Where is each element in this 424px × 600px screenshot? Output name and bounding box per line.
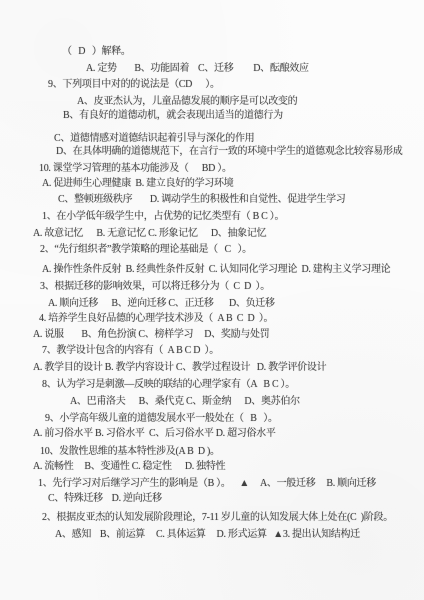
text-line: A、皮亚杰认为，儿童品德发展的顺序是可以改变的 [77,96,297,108]
text-line: A. 流畅性 B、变通性 C. 稳定性 D. 独特性 [33,461,225,473]
text-line: A. 教学目的设计 B. 教学内容设计 C、教学过程设计 D. 教学评价设计 [33,362,326,374]
text-line: B、有良好的道德动机，就会表现出适当的道德行为 [63,110,283,122]
text-line: C、道德情感对道德结识起着引导与深化的作用 [54,133,254,145]
text-line: A. 故意记忆 B. 无意记忆 C. 形象记忆 D、抽象记忆 [33,228,266,240]
text-line: A、巴甫洛夫 B、桑代克 C、斯金纳 D、奥苏伯尔 [70,396,300,408]
text-line: A. 顺向迁移 B、逆向迁移 C、正迁移 D、负迁移 [48,298,275,310]
text-line: C、特殊迁移 D. 逆向迁移 [48,493,162,505]
text-line: 2、“先行组织者”教学策略的理论基础是（ C ）。 [40,244,252,256]
text-line: 9、下列项目中对的的说法是（CD ）。 [48,79,220,91]
text-line: A. 操作性条件反射 B. 经典性条件反射 C. 认知同化学习理论 D. 建构主… [42,264,390,276]
text-line: （ D ）解释。 [62,46,131,58]
text-line: 7、教学设计包含的内容有（ A B C D ）。 [42,345,219,357]
text-line: 3、根据迁移的影响效果，可以将迁移分为（ C D ）。 [40,281,270,293]
text-line: 9、小学高年级儿童的道德发展水平一般处在（ B ）。 [45,413,278,425]
text-line: 4. 培养学生良好品德的心理学技术涉及（ A B C D ）。 [39,313,273,325]
text-line: C、整顿班级秩序 D. 调动学生的积极性和自觉性、促进学生学习 [58,194,346,206]
text-line: A. 定势 B、功能固着 C、迁移 D、酝酿效应 [86,63,309,75]
text-line: 2、根据皮亚杰的认知发展阶段理论，7-11 岁儿童的认知发展大体上处在(C )阶… [42,512,393,524]
text-line: 10、发散性思维的基本特性涉及(A B D )。 [40,446,220,458]
text-line: D、在具体明确的道德规范下，在言行一致的环境中学生的道德观念比较容易形成 [56,146,402,158]
text-line: 10. 课堂学习管理的基本功能涉及（ BD ）。 [39,163,232,175]
text-line: A. 前习俗水平 B. 习俗水平 C、后习俗水平 D. 超习俗水平 [33,428,276,440]
text-line: A、感知 B、前运算 C. 具体运算 D. 形式运算 ▲3. 提出认知结构迁 [55,529,360,541]
text-line: 8、认为学习是刺激—反映的联结的心理学家有（A B C ）。 [42,379,295,391]
text-line: A. 说服 B、角色扮演 C、榜样学习 D、奖励与处罚 [33,329,269,341]
text-line: 1、先行学习对后继学习产生的影响是（B ）。 ▲ A、一般迁移 B. 顺向迁移 [38,478,376,490]
text-line: 1、在小学低年级学生中，占优势的记忆类型有（ B C ）。 [42,211,284,223]
text-line: A. 促进师生心理健康 B. 建立良好的学习环境 [42,178,233,190]
scanned-document-page: （ D ）解释。A. 定势 B、功能固着 C、迁移 D、酝酿效应9、下列项目中对… [0,0,424,600]
